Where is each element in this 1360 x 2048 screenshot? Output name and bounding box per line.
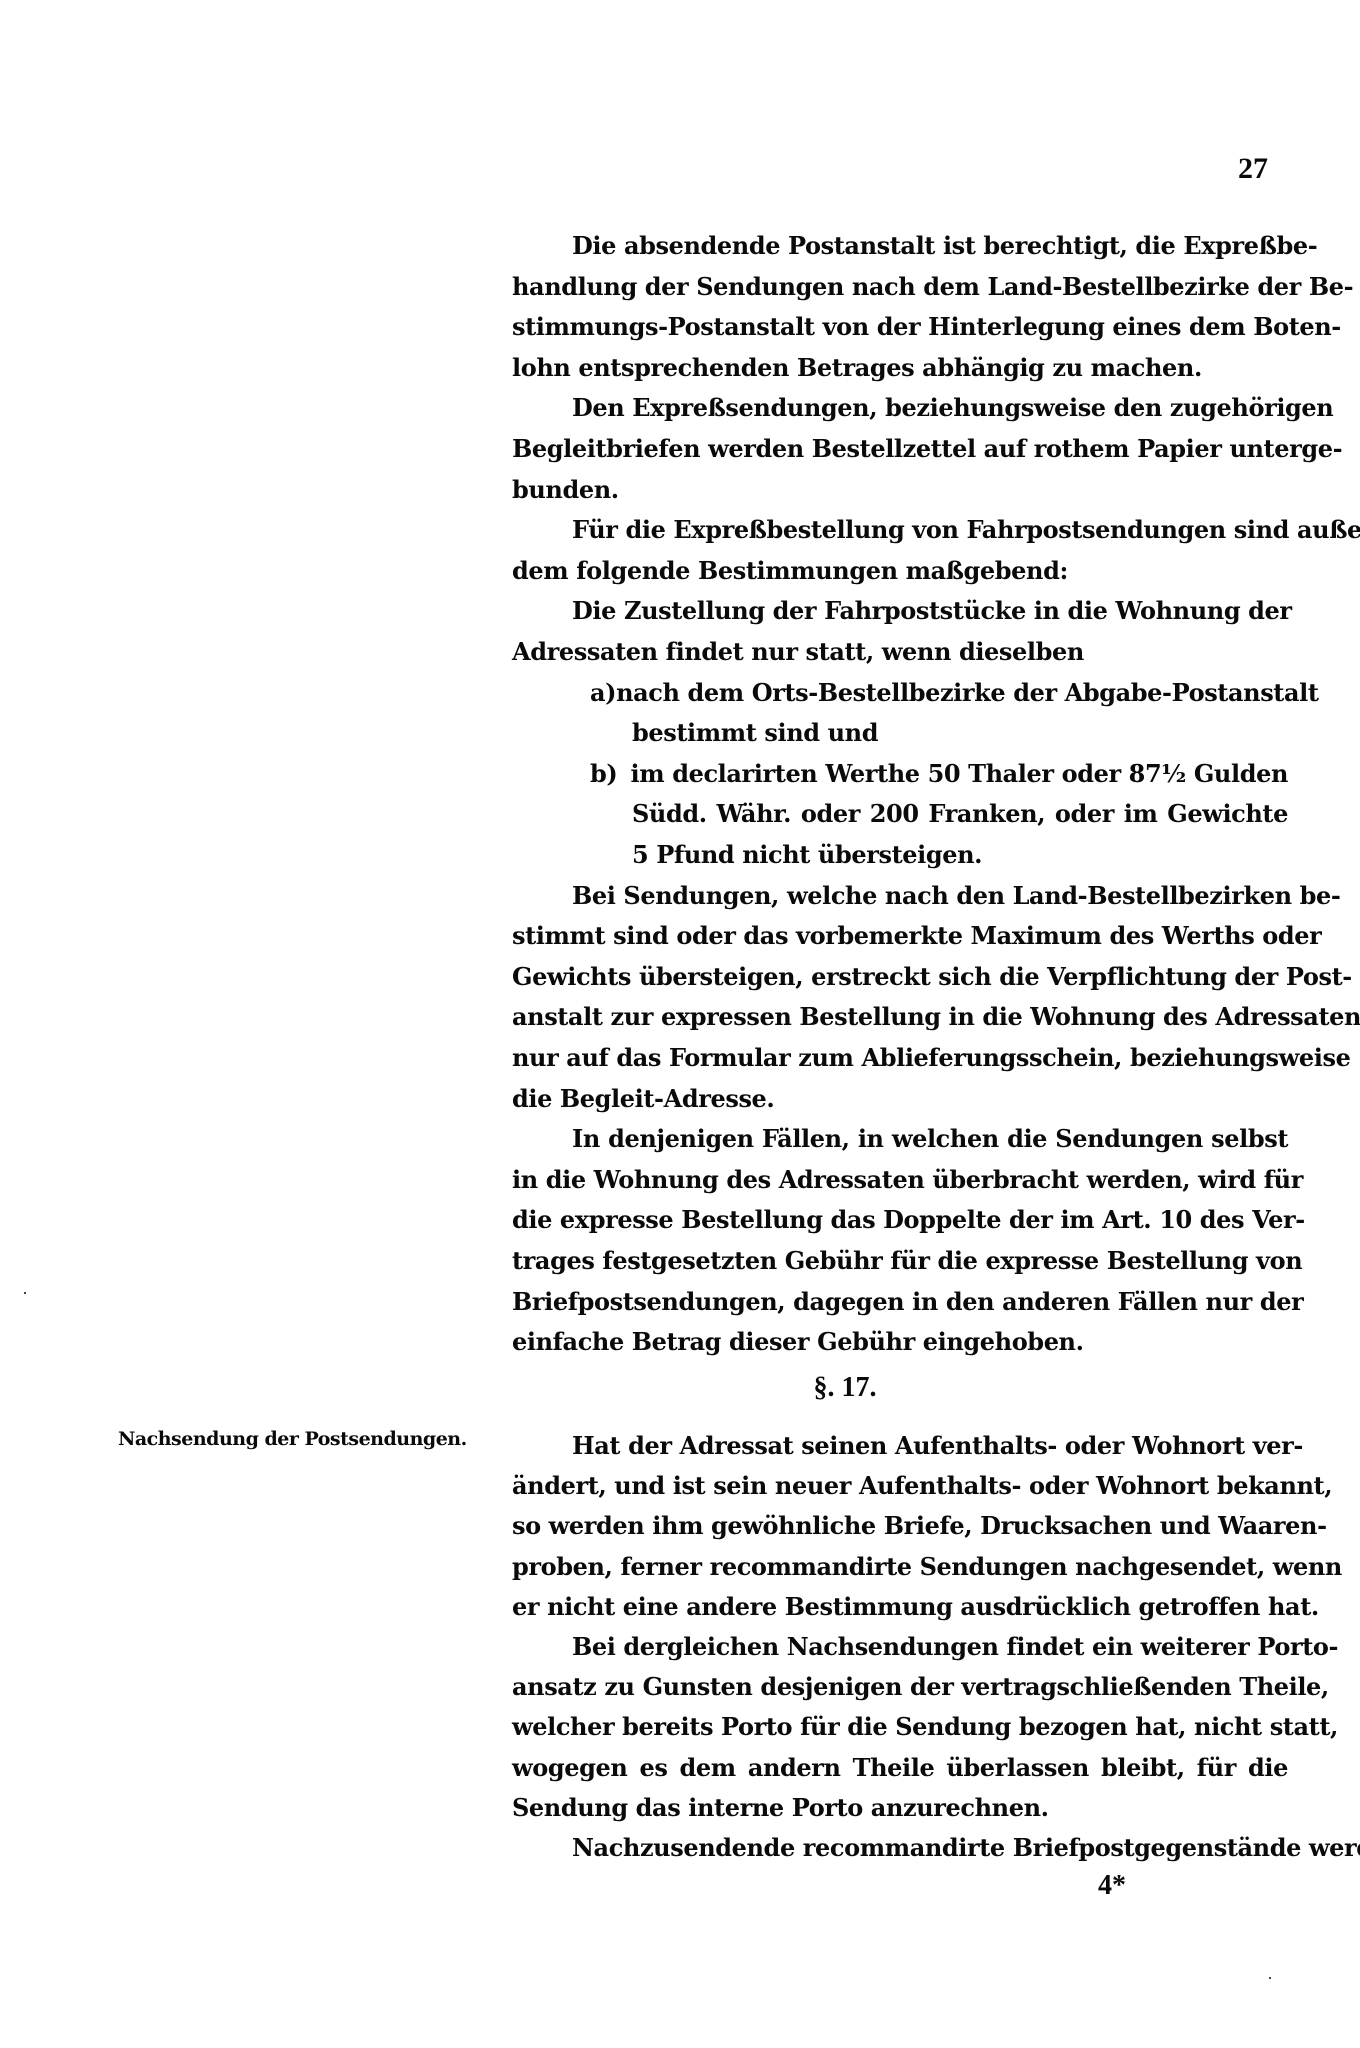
text-line: wogegen es dem andern Theile überlassen … [512, 1748, 1288, 1788]
text-line: welcher bereits Porto für die Sendung be… [512, 1707, 1288, 1747]
text-line: er nicht eine andere Bestimmung ausdrück… [512, 1587, 1288, 1627]
text-line: Bei dergleichen Nachsendungen findet ein… [572, 1627, 1288, 1667]
line-text: Die Zustellung der Fahrpoststücke in die… [572, 596, 1292, 625]
line-text: stimmungs-Postanstalt von der Hinterlegu… [512, 312, 1341, 341]
line-text: Sendung das interne Porto anzurechnen. [512, 1793, 1049, 1822]
text-line: Hat der Adressat seinen Aufenthalts- ode… [572, 1426, 1288, 1466]
line-text: bestimmt sind und [632, 718, 878, 747]
text-line: Den Expreßsendungen, beziehungsweise den… [572, 388, 1288, 428]
text-line: so werden ihm gewöhnliche Briefe, Drucks… [512, 1506, 1288, 1546]
line-text: In denjenigen Fällen, in welchen die Sen… [572, 1124, 1288, 1153]
line-text: ändert, und ist sein neuer Aufenthalts- … [512, 1471, 1332, 1500]
text-line: a)nach dem Orts-Bestellbezirke der Abgab… [590, 673, 1288, 713]
text-line: Sendung das interne Porto anzurechnen. [512, 1788, 1288, 1828]
list-marker: b) [590, 754, 631, 794]
line-text: bunden. [512, 475, 619, 504]
text-line: stimmungs-Postanstalt von der Hinterlegu… [512, 307, 1288, 347]
text-line: Die absendende Postanstalt ist berechtig… [572, 226, 1288, 266]
text-line: Begleitbriefen werden Bestellzettel auf … [512, 429, 1288, 469]
text-line: Südd. Währ. oder 200 Franken, oder im Ge… [632, 794, 1288, 834]
line-text: Adressaten findet nur statt, wenn diesel… [512, 637, 1084, 666]
line-text: nur auf das Formular zum Ablieferungssch… [512, 1043, 1351, 1072]
line-text: nach dem Orts-Bestellbezirke der Abgabe-… [616, 673, 1318, 713]
text-line: In denjenigen Fällen, in welchen die Sen… [572, 1119, 1288, 1159]
line-text: die Begleit-Adresse. [512, 1084, 774, 1113]
line-text: die expresse Bestellung das Doppelte der… [512, 1205, 1305, 1234]
text-line: einfache Betrag dieser Gebühr eingehoben… [512, 1322, 1288, 1362]
text-line: Für die Expreßbestellung von Fahrpostsen… [572, 510, 1288, 550]
text-line: dem folgende Bestimmungen maßgebend: [512, 551, 1288, 591]
text-line: Die Zustellung der Fahrpoststücke in die… [572, 591, 1288, 631]
text-line: trages festgesetzten Gebühr für die expr… [512, 1241, 1288, 1281]
line-text: in die Wohnung des Adressaten überbracht… [512, 1165, 1303, 1194]
page-number: 27 [1238, 152, 1268, 186]
line-text: Briefpostsendungen, dagegen in den ander… [512, 1287, 1303, 1316]
line-text: dem folgende Bestimmungen maßgebend: [512, 556, 1068, 585]
text-line: anstalt zur expressen Bestellung in die … [512, 997, 1288, 1037]
line-text: im declarirten Werthe 50 Thaler oder 87½… [631, 754, 1288, 794]
text-line: die Begleit-Adresse. [512, 1079, 1288, 1119]
line-text: einfache Betrag dieser Gebühr eingehoben… [512, 1327, 1084, 1356]
text-line: ansatz zu Gunsten desjenigen der vertrag… [512, 1667, 1288, 1707]
line-text: Südd. Währ. oder 200 Franken, oder im Ge… [632, 799, 1288, 828]
line-text: stimmt sind oder das vorbemerkte Maximum… [512, 921, 1321, 950]
line-text: so werden ihm gewöhnliche Briefe, Drucks… [512, 1511, 1327, 1540]
text-line: nur auf das Formular zum Ablieferungssch… [512, 1038, 1288, 1078]
text-line: die expresse Bestellung das Doppelte der… [512, 1200, 1288, 1240]
line-text: ansatz zu Gunsten desjenigen der vertrag… [512, 1672, 1329, 1701]
text-line: Nachzusendende recommandirte Briefpostge… [572, 1828, 1288, 1868]
line-text: anstalt zur expressen Bestellung in die … [512, 1002, 1360, 1031]
line-text: Nachzusendende recommandirte Briefpostge… [572, 1833, 1360, 1862]
line-text: er nicht eine andere Bestimmung ausdrück… [512, 1592, 1319, 1621]
text-line: bestimmt sind und [632, 713, 1288, 753]
line-text: trages festgesetzten Gebühr für die expr… [512, 1246, 1302, 1275]
line-text: Bei Sendungen, welche nach den Land-Best… [572, 881, 1340, 910]
line-text: proben, ferner recommandirte Sendungen n… [512, 1552, 1342, 1581]
line-text: Begleitbriefen werden Bestellzettel auf … [512, 434, 1342, 463]
text-line: 5 Pfund nicht übersteigen. [632, 835, 1288, 875]
line-text: Die absendende Postanstalt ist berechtig… [572, 231, 1317, 260]
line-text: Hat der Adressat seinen Aufenthalts- ode… [572, 1431, 1303, 1460]
text-line: Gewichts übersteigen, erstreckt sich die… [512, 957, 1288, 997]
signature-mark: 4* [1098, 1870, 1126, 1902]
line-text: Den Expreßsendungen, beziehungsweise den… [572, 393, 1333, 422]
list-marker: a) [590, 673, 616, 713]
line-text: welcher bereits Porto für die Sendung be… [512, 1712, 1338, 1741]
text-line: lohn entsprechenden Betrages abhängig zu… [512, 348, 1288, 388]
line-text: wogegen es dem andern Theile überlassen … [512, 1753, 1288, 1782]
line-text: Bei dergleichen Nachsendungen findet ein… [572, 1632, 1338, 1661]
text-line: ändert, und ist sein neuer Aufenthalts- … [512, 1466, 1288, 1506]
text-line: bunden. [512, 470, 1288, 510]
text-line: in die Wohnung des Adressaten überbracht… [512, 1160, 1288, 1200]
line-text: 5 Pfund nicht übersteigen. [632, 840, 982, 869]
section-heading: §. 17. [790, 1372, 900, 1404]
text-line: handlung der Sendungen nach dem Land-Bes… [512, 267, 1288, 307]
text-line: Bei Sendungen, welche nach den Land-Best… [572, 876, 1288, 916]
scan-speck [1269, 1977, 1271, 1979]
line-text: lohn entsprechenden Betrages abhängig zu… [512, 353, 1202, 382]
text-line: proben, ferner recommandirte Sendungen n… [512, 1547, 1288, 1587]
text-line: Adressaten findet nur statt, wenn diesel… [512, 632, 1288, 672]
margin-note: Nachsendung der Postsendungen. [118, 1424, 448, 1454]
text-line: Briefpostsendungen, dagegen in den ander… [512, 1282, 1288, 1322]
text-line: stimmt sind oder das vorbemerkte Maximum… [512, 916, 1288, 956]
line-text: handlung der Sendungen nach dem Land-Bes… [512, 272, 1353, 301]
line-text: Gewichts übersteigen, erstreckt sich die… [512, 962, 1352, 991]
scan-speck [24, 1292, 26, 1294]
line-text: Für die Expreßbestellung von Fahrpostsen… [572, 515, 1360, 544]
text-line: b)im declarirten Werthe 50 Thaler oder 8… [590, 754, 1288, 794]
